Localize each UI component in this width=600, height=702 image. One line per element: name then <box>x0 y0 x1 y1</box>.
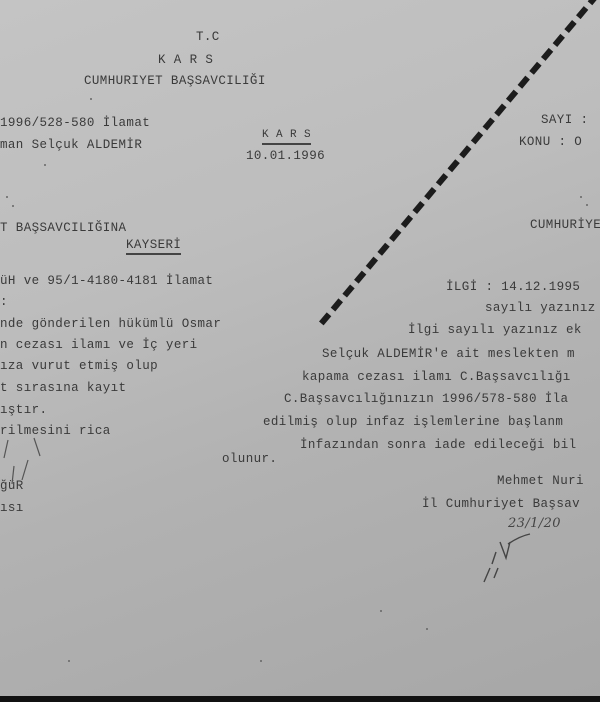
right-body-line: edilmiş olup infaz işlemlerine başlanm <box>263 415 563 429</box>
sayi-label: SAYI : <box>541 113 588 127</box>
konu-label: KONU : O <box>519 135 582 149</box>
document-page: T.C K A R S CUMHURIYET BAŞSAVCILIĞI 1996… <box>0 0 600 696</box>
signer-name: Mehmet Nuri <box>497 474 584 488</box>
left-signature-line2: ısı <box>0 501 24 515</box>
addressee-right: CUMHURİYET <box>530 218 600 232</box>
right-body-line: İLGİ : 14.12.1995 <box>446 280 580 294</box>
stamp-city: K A R S <box>262 128 311 145</box>
right-body-line: İlgi sayılı yazınız ek <box>408 323 582 337</box>
right-body-line: Selçuk ALDEMİR'e ait meslekten m <box>322 347 575 361</box>
right-body-line: C.Başsavcılığınızın 1996/578-580 İla <box>284 392 568 406</box>
left-body-line: n cezası ilamı ve İç yeri <box>0 338 198 352</box>
stamp-date: 10.01.1996 <box>246 149 325 163</box>
addressee-city: KAYSERİ <box>126 238 181 255</box>
left-body-line: ıştır. <box>0 403 47 417</box>
left-body-line: t sırasına kayıt <box>0 381 126 395</box>
left-body-line: ıza vurut etmiş olup <box>0 359 158 373</box>
right-signature-strokes <box>480 520 560 590</box>
right-body-line: sayılı yazınız <box>485 301 596 315</box>
addressee-office: T BAŞSAVCILIĞINA <box>0 221 126 235</box>
closing-olunur: olunur. <box>222 452 277 466</box>
left-body-line: : <box>0 295 8 309</box>
diagonal-dashed-line <box>319 0 600 325</box>
header-tc: T.C <box>196 30 220 44</box>
signer-title: İl Cumhuriyet Başsav <box>422 497 580 511</box>
right-body-line: kapama cezası ilamı C.Başsavcılığı <box>302 370 571 384</box>
reference-number: 1996/528-580 İlamat <box>0 116 150 130</box>
left-signature-strokes <box>0 430 60 490</box>
bottom-dark-bar <box>0 696 600 702</box>
reference-subject: man Selçuk ALDEMİR <box>0 138 142 152</box>
header-office: CUMHURIYET BAŞSAVCILIĞI <box>84 74 266 88</box>
right-body-line: İnfazından sonra iade edileceği bil <box>300 438 577 452</box>
left-body-line: nde gönderilen hükümlü Osmar <box>0 317 221 331</box>
header-city: K A R S <box>158 53 213 67</box>
left-body-line: üH ve 95/1-4180-4181 İlamat <box>0 274 213 288</box>
